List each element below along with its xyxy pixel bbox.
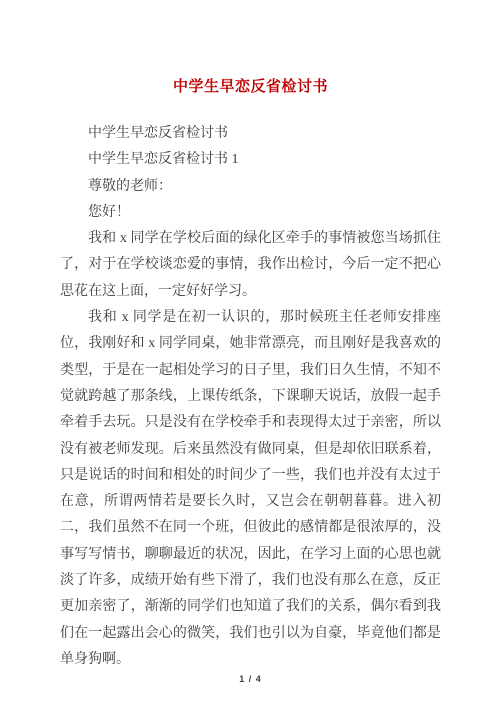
paragraph: 您好！ <box>60 200 441 226</box>
paragraph: 我和 x 同学是在初一认识的，那时候班主任老师安排座位，我刚好和 x 同学同桌，… <box>60 305 441 673</box>
document-title: 中学生早恋反省检讨书 <box>60 76 441 97</box>
paragraph: 尊敬的老师： <box>60 174 441 200</box>
paragraph: 我和 x 同学在学校后面的绿化区牵手的事情被您当场抓住了，对于在学校谈恋爱的事情… <box>60 226 441 305</box>
document-body: 中学生早恋反省检讨书中学生早恋反省检讨书 1尊敬的老师：您好！我和 x 同学在学… <box>60 121 441 673</box>
document-page: 中学生早恋反省检讨书 中学生早恋反省检讨书中学生早恋反省检讨书 1尊敬的老师：您… <box>0 0 500 707</box>
paragraph: 中学生早恋反省检讨书 <box>60 121 441 147</box>
paragraph: 中学生早恋反省检讨书 1 <box>60 147 441 173</box>
page-number: 1 / 4 <box>60 674 441 684</box>
